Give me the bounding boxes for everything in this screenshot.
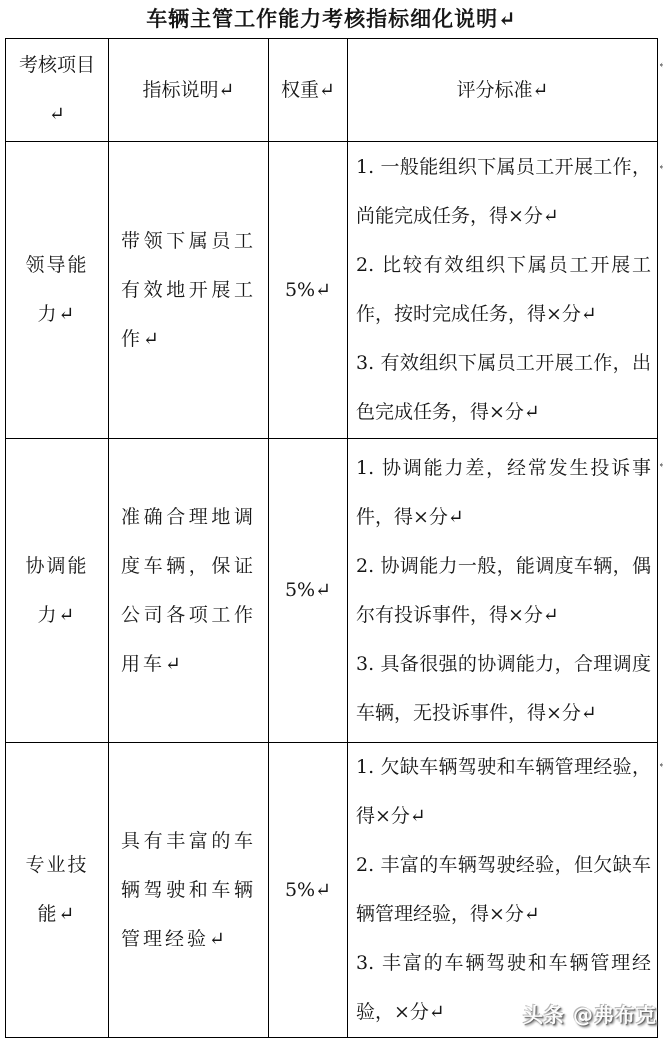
criteria-cell: 1. 协调能力差，经常发生投诉事件，得×分↵ 2. 协调能力一般，能调度车辆，偶… (348, 439, 658, 743)
item-cell: 专业技能↵ (6, 743, 109, 1038)
weight-cell: 5%↵ (269, 142, 348, 439)
col-header-scoring-criteria: 评分标准↵ (348, 39, 658, 142)
criteria-cell: 1. 一般能组织下属员工开展工作，尚能完成任务，得×分↵ 2. 比较有效组织下属… (348, 142, 658, 439)
description-cell: 准确合理地调度车辆，保证公司各项工作用车↵ (109, 439, 269, 743)
item-cell: 领导能力↵ (6, 142, 109, 439)
col-header-indicator-description: 指标说明↵ (109, 39, 269, 142)
description-cell: 带领下属员工有效地开展工作↵ (109, 142, 269, 439)
watermark: 头条 @弗布克 (523, 999, 657, 1028)
criteria-line: 1. 一般能组织下属员工开展工作，尚能完成任务，得×分↵ (356, 143, 651, 241)
weight-cell: 5%↵ (269, 743, 348, 1038)
table-row-coordination: 协调能力↵ 准确合理地调度车辆，保证公司各项工作用车↵ 5%↵ 1. 协调能力差… (6, 439, 658, 743)
row-end-mark: ↵ (658, 58, 663, 70)
table-row-leadership: 领导能力↵ 带领下属员工有效地开展工作↵ 5%↵ 1. 一般能组织下属员工开展工… (6, 142, 658, 439)
assessment-table: 考核项目↵ 指标说明↵ 权重↵ 评分标准↵ 领导能力↵ 带领下属员工有效地开展工… (5, 38, 658, 1038)
criteria-line: 2. 丰富的车辆驾驶经验，但欠缺车辆管理经验，得×分↵ (356, 841, 651, 939)
criteria-line: 3. 具备很强的协调能力，合理调度车辆，无投诉事件，得×分↵ (356, 640, 651, 738)
item-cell: 协调能力↵ (6, 439, 109, 743)
criteria-line: 2. 协调能力一般，能调度车辆，偶尔有投诉事件，得×分↵ (356, 542, 651, 640)
row-end-mark: ↵ (658, 458, 663, 470)
row-end-mark: ↵ (658, 758, 663, 770)
document-page: { "title": "车辆主管工作能力考核指标细化说明↵", "paragra… (0, 0, 663, 1041)
header-row: 考核项目↵ 指标说明↵ 权重↵ 评分标准↵ (6, 39, 658, 142)
col-header-assessment-item: 考核项目↵ (6, 39, 109, 142)
criteria-line: 2. 比较有效组织下属员工开展工作，按时完成任务，得×分↵ (356, 241, 651, 339)
page-title: 车辆主管工作能力考核指标细化说明↵ (0, 3, 663, 33)
description-cell: 具有丰富的车辆驾驶和车辆管理经验↵ (109, 743, 269, 1038)
criteria-line: 3. 有效组织下属员工开展工作，出色完成任务，得×分↵ (356, 339, 651, 437)
col-header-weight: 权重↵ (269, 39, 348, 142)
criteria-line: 1. 欠缺车辆驾驶和车辆管理经验，得×分↵ (356, 743, 651, 841)
criteria-cell: 1. 欠缺车辆驾驶和车辆管理经验，得×分↵ 2. 丰富的车辆驾驶经验，但欠缺车辆… (348, 743, 658, 1038)
row-end-mark: ↵ (658, 160, 663, 172)
table-row-professional-skill: 专业技能↵ 具有丰富的车辆驾驶和车辆管理经验↵ 5%↵ 1. 欠缺车辆驾驶和车辆… (6, 743, 658, 1038)
weight-cell: 5%↵ (269, 439, 348, 743)
criteria-line: 1. 协调能力差，经常发生投诉事件，得×分↵ (356, 444, 651, 542)
